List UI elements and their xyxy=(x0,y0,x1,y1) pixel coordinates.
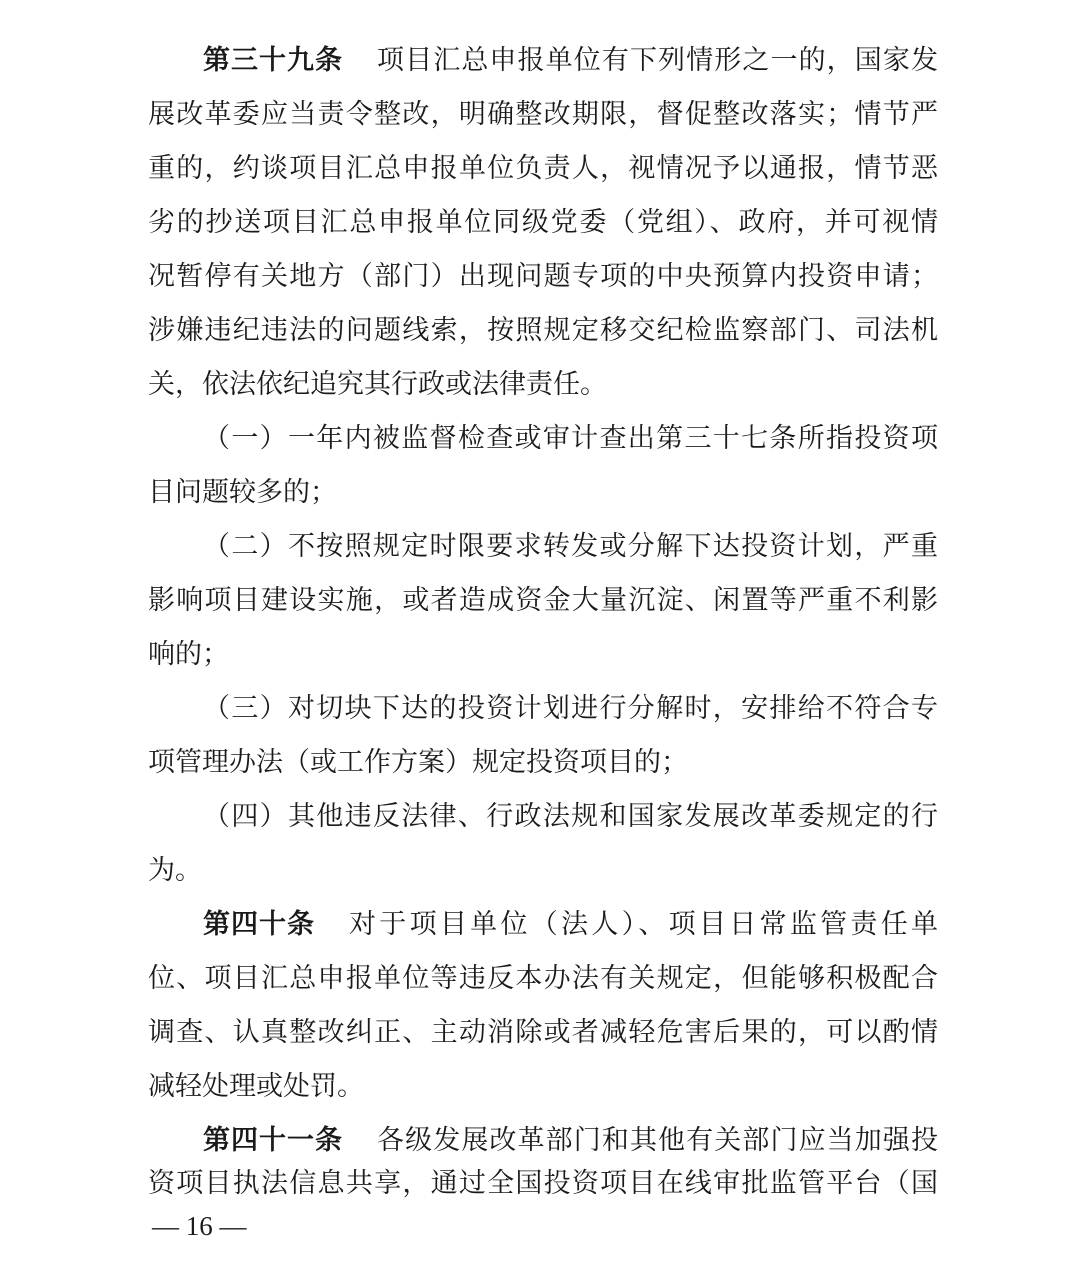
article-41-line-1: 各级发展改革部门和其他有关部门应当加强投 xyxy=(377,1121,938,1161)
item-2-line-2: 影响项目建设实施，或者造成资金大量沉淀、闲置等严重不利影 xyxy=(148,581,938,621)
article-40-line-2: 位、项目汇总申报单位等违反本办法有关规定，但能够积极配合 xyxy=(148,959,938,999)
article-39-first-line: 第三十九条 项目汇总申报单位有下列情形之一的，国家发 xyxy=(203,41,938,81)
article-39-line-6: 涉嫌违纪违法的问题线索，按照规定移交纪检监察部门、司法机 xyxy=(148,311,938,351)
article-40-line-3: 调查、认真整改纠正、主动消除或者减轻危害后果的，可以酌情 xyxy=(148,1013,938,1053)
document-page: 第三十九条 项目汇总申报单位有下列情形之一的，国家发 展改革委应当责令整改，明确… xyxy=(0,0,1080,1284)
article-39-line-1: 项目汇总申报单位有下列情形之一的，国家发 xyxy=(377,41,938,81)
item-2-line-3: 响的； xyxy=(148,635,938,675)
item-4-line-1: （四）其他违反法律、行政法规和国家发展改革委规定的行 xyxy=(203,797,938,837)
article-39-line-2: 展改革委应当责令整改，明确整改期限，督促整改落实；情节严 xyxy=(148,95,938,135)
article-40-line-4: 减轻处理或处罚。 xyxy=(148,1067,938,1107)
article-40-line-1: 对于项目单位（法人）、项目日常监管责任单 xyxy=(349,905,938,945)
page-number: — 16 — xyxy=(152,1206,247,1246)
article-39-heading: 第三十九条 xyxy=(203,41,343,81)
item-1-line-1: （一）一年内被监督检查或审计查出第三十七条所指投资项 xyxy=(203,419,938,459)
article-40-heading: 第四十条 xyxy=(203,905,315,945)
article-39-line-7: 关，依法依纪追究其行政或法律责任。 xyxy=(148,365,938,405)
item-3-line-1: （三）对切块下达的投资计划进行分解时，安排给不符合专 xyxy=(203,689,938,729)
article-41-first-line: 第四十一条 各级发展改革部门和其他有关部门应当加强投 xyxy=(203,1121,938,1161)
item-3-line-2: 项管理办法（或工作方案）规定投资项目的； xyxy=(148,743,938,783)
article-39-line-4: 劣的抄送项目汇总申报单位同级党委（党组）、政府，并可视情 xyxy=(148,203,938,243)
article-41-heading: 第四十一条 xyxy=(203,1121,343,1161)
item-4-line-2: 为。 xyxy=(148,851,938,891)
item-1-line-2: 目问题较多的； xyxy=(148,473,938,513)
article-40-first-line: 第四十条 对于项目单位（法人）、项目日常监管责任单 xyxy=(203,905,938,945)
article-39-line-3: 重的，约谈项目汇总申报单位负责人，视情况予以通报，情节恶 xyxy=(148,149,938,189)
article-39-line-5: 况暂停有关地方（部门）出现问题专项的中央预算内投资申请； xyxy=(148,257,938,297)
item-2-line-1: （二）不按照规定时限要求转发或分解下达投资计划，严重 xyxy=(203,527,938,567)
article-41-line-2: 资项目执法信息共享，通过全国投资项目在线审批监管平台（国 xyxy=(148,1164,938,1204)
